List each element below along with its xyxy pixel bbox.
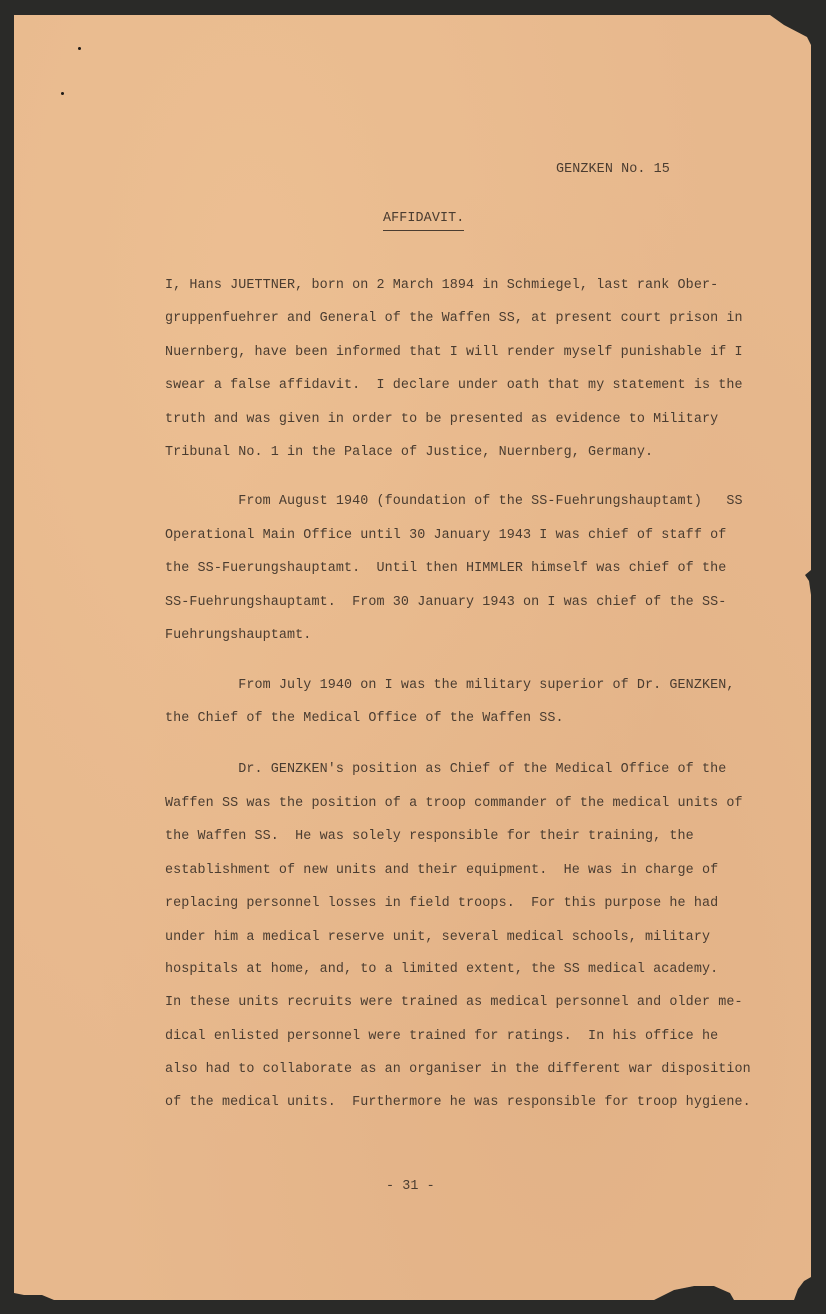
text-line: Nuernberg, have been informed that I wil… xyxy=(165,345,743,360)
text-line: gruppenfuehrer and General of the Waffen… xyxy=(165,311,743,326)
text-line: the SS-Fuerungshauptamt. Until then HIMM… xyxy=(165,561,726,576)
text-line: Dr. GENZKEN's position as Chief of the M… xyxy=(165,762,726,777)
text-line: establishment of new units and their equ… xyxy=(165,863,718,878)
text-line: the Chief of the Medical Office of the W… xyxy=(165,711,564,726)
text-line: Tribunal No. 1 in the Palace of Justice,… xyxy=(165,445,653,460)
paper-speck xyxy=(61,92,64,95)
text-line: In these units recruits were trained as … xyxy=(165,995,743,1010)
text-line: under him a medical reserve unit, severa… xyxy=(165,930,710,945)
scanned-document: GENZKEN No. 15 AFFIDAVIT. I, Hans JUETTN… xyxy=(0,0,826,1314)
text-line: hospitals at home, and, to a limited ext… xyxy=(165,962,718,977)
text-line: Operational Main Office until 30 January… xyxy=(165,528,726,543)
page-number: - 31 - xyxy=(386,1179,435,1194)
text-line: dical enlisted personnel were trained fo… xyxy=(165,1029,718,1044)
text-line: SS-Fuehrungshauptamt. From 30 January 19… xyxy=(165,595,726,610)
text-line: From July 1940 on I was the military sup… xyxy=(165,678,735,693)
paper-speck xyxy=(78,47,81,50)
document-title: AFFIDAVIT. xyxy=(383,211,464,231)
text-line: replacing personnel losses in field troo… xyxy=(165,896,718,911)
text-line: truth and was given in order to be prese… xyxy=(165,412,718,427)
text-line: swear a false affidavit. I declare under… xyxy=(165,378,743,393)
text-line: From August 1940 (foundation of the SS-F… xyxy=(165,494,743,509)
text-line: Waffen SS was the position of a troop co… xyxy=(165,796,743,811)
text-line: of the medical units. Furthermore he was… xyxy=(165,1095,751,1110)
text-line: I, Hans JUETTNER, born on 2 March 1894 i… xyxy=(165,278,718,293)
text-line: also had to collaborate as an organiser … xyxy=(165,1062,751,1077)
document-number: GENZKEN No. 15 xyxy=(556,162,670,177)
text-line: the Waffen SS. He was solely responsible… xyxy=(165,829,694,844)
text-line: Fuehrungshauptamt. xyxy=(165,628,311,643)
